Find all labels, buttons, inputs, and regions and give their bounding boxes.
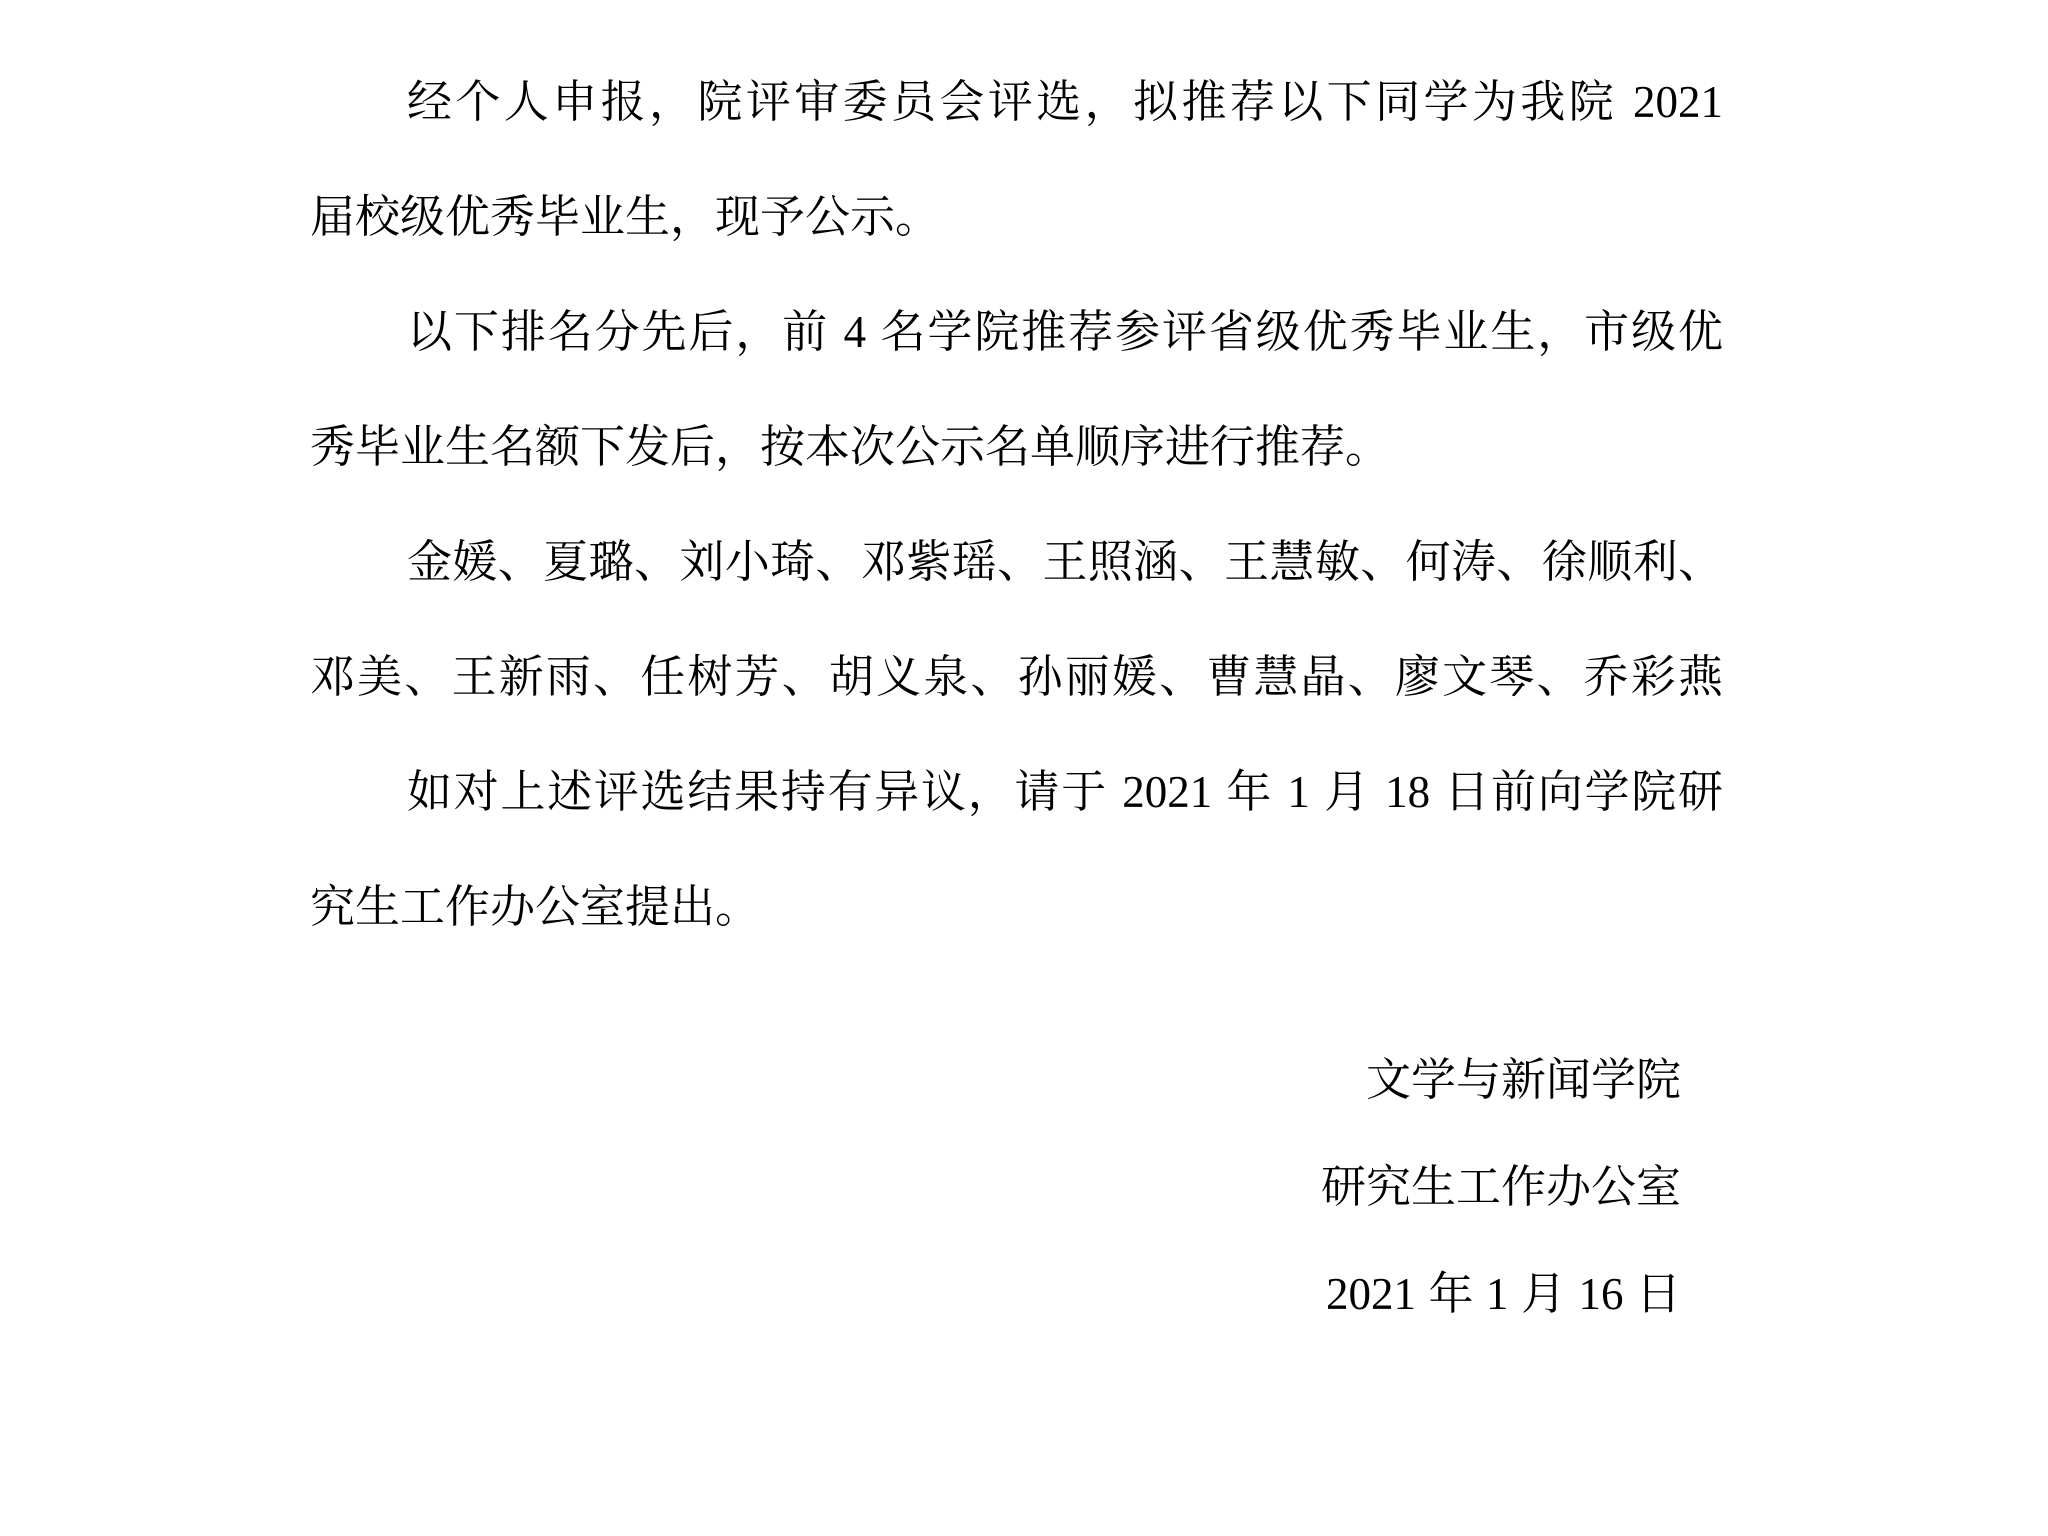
paragraph-4-line-1: 如对上述评选结果持有异议，请于 2021 年 1 月 18 日前向学院研 <box>310 734 1723 849</box>
month-number: 1 <box>1486 1269 1509 1319</box>
document-page: 经个人申报，院评审委员会评选，拟推荐以下同学为我院 2021 届校级优秀毕业生，… <box>0 0 2048 1536</box>
signature-college: 文学与新闻学院 <box>1321 1026 1681 1133</box>
names-line-1: 金媛、夏璐、刘小琦、邓紫瑶、王照涵、王慧敏、何涛、徐顺利、 <box>310 504 1723 619</box>
text-run: 年 <box>1212 766 1287 817</box>
year-2021: 2021 <box>1326 1269 1416 1319</box>
names-line-2: 邓美、王新雨、任树芳、胡义泉、孙丽媛、曹慧晶、廖文琴、乔彩燕 <box>310 619 1723 734</box>
text-run: 以下排名分先后，前 <box>407 306 844 357</box>
paragraph-1-line-1: 经个人申报，院评审委员会评选，拟推荐以下同学为我院 2021 <box>310 44 1723 159</box>
text-run: 日前向学院研 <box>1430 766 1723 817</box>
day-number: 16 <box>1578 1269 1623 1319</box>
day-number: 18 <box>1385 767 1430 817</box>
year-2021: 2021 <box>1122 767 1212 817</box>
text-run: 日 <box>1623 1268 1681 1319</box>
paragraph-2-line-1: 以下排名分先后，前 4 名学院推荐参评省级优秀毕业生，市级优 <box>310 274 1723 389</box>
text-run: 名学院推荐参评省级优秀毕业生，市级优 <box>866 306 1723 357</box>
paragraph-2-line-2: 秀毕业生名额下发后，按本次公示名单顺序进行推荐。 <box>310 389 1723 504</box>
signature-block: 文学与新闻学院 研究生工作办公室 2021 年 1 月 16 日 <box>1321 1026 1681 1347</box>
text-run: 月 <box>1310 766 1385 817</box>
paragraph-1-line-2: 届校级优秀毕业生，现予公示。 <box>310 159 1723 274</box>
text-run: 如对上述评选结果持有异议，请于 <box>407 766 1122 817</box>
text-run: 年 <box>1416 1268 1486 1319</box>
text-run: 月 <box>1508 1268 1578 1319</box>
text-run: 经个人申报，院评审委员会评选，拟推荐以下同学为我院 <box>407 76 1633 127</box>
signature-date: 2021 年 1 月 16 日 <box>1321 1240 1681 1347</box>
signature-office: 研究生工作办公室 <box>1321 1133 1681 1240</box>
announcement-body: 经个人申报，院评审委员会评选，拟推荐以下同学为我院 2021 届校级优秀毕业生，… <box>310 44 1723 964</box>
month-number: 1 <box>1287 767 1310 817</box>
paragraph-4-line-2: 究生工作办公室提出。 <box>310 849 1723 964</box>
year-2021: 2021 <box>1633 77 1723 127</box>
number-4: 4 <box>844 307 867 357</box>
